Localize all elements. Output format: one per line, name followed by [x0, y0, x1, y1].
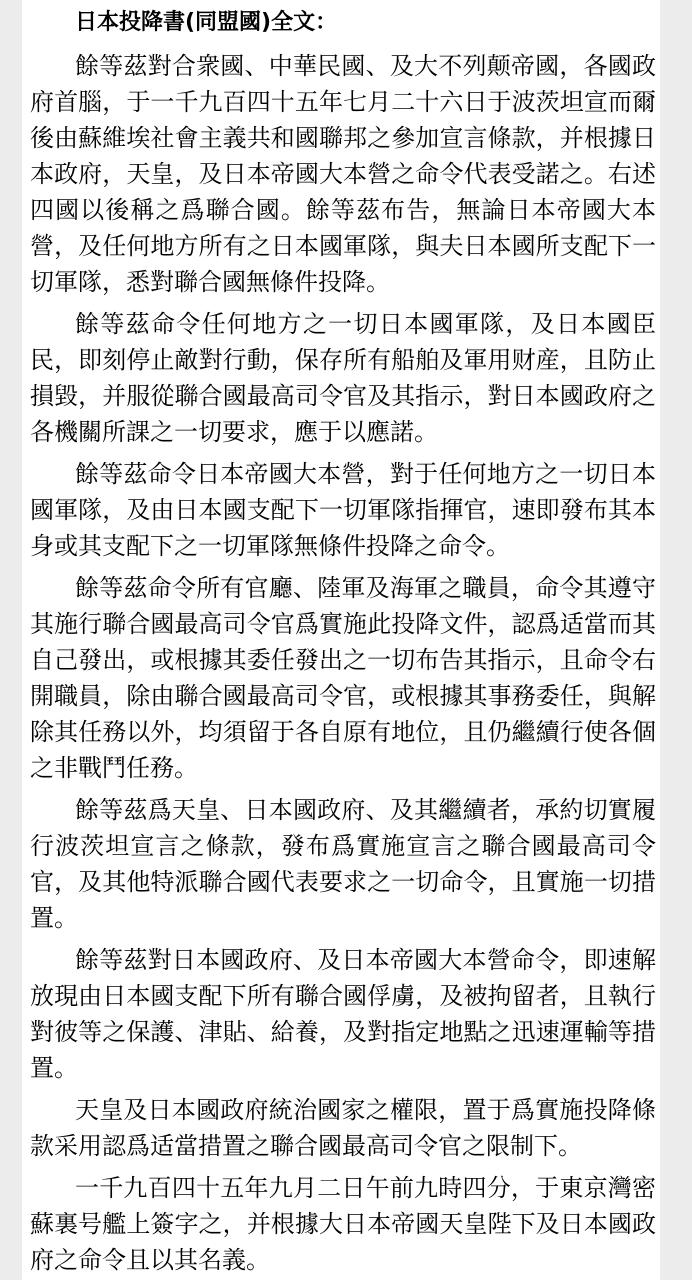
paragraph-cease-hostilities: 餘等茲命令任何地方之一切日本國軍隊，及日本國臣民，即刻停止敵對行動，保存所有船舶… [30, 306, 656, 450]
document-title: 日本投降書(同盟國)全文： [30, 8, 656, 38]
paragraph-officials-compliance: 餘等茲命令所有官廳、陸軍及海軍之職員，命令其遵守其施行聯合國最高司令官爲實施此投… [30, 570, 656, 786]
paragraph-potsdam-obligations: 餘等茲爲天皇、日本國政府、及其繼續者，承約切實履行波茨坦宣言之條款，發布爲實施宣… [30, 792, 656, 936]
paragraph-authority-limitation: 天皇及日本國政府統治國家之權限，置于爲實施投降條款采用認爲适當措置之聯合國最高司… [30, 1092, 656, 1164]
paragraph-liberate-prisoners: 餘等茲對日本國政府、及日本帝國大本營命令，即速解放現由日本國支配下所有聯合國俘虜… [30, 942, 656, 1086]
paragraph-preamble: 餘等茲對合衆國、中華民國、及大不列颠帝國，各國政府首腦，于一千九百四十五年七月二… [30, 48, 656, 300]
document-page: 日本投降書(同盟國)全文： 餘等茲對合衆國、中華民國、及大不列颠帝國，各國政府首… [22, 0, 660, 1280]
paragraph-signing-statement: 一千九百四十五年九月二日午前九時四分，于東京灣密蘇裏号艦上簽字之，并根據大日本帝… [30, 1170, 656, 1278]
paragraph-imperial-headquarters-order: 餘等茲命令日本帝國大本營，對于任何地方之一切日本國軍隊，及由日本國支配下一切軍隊… [30, 456, 656, 564]
